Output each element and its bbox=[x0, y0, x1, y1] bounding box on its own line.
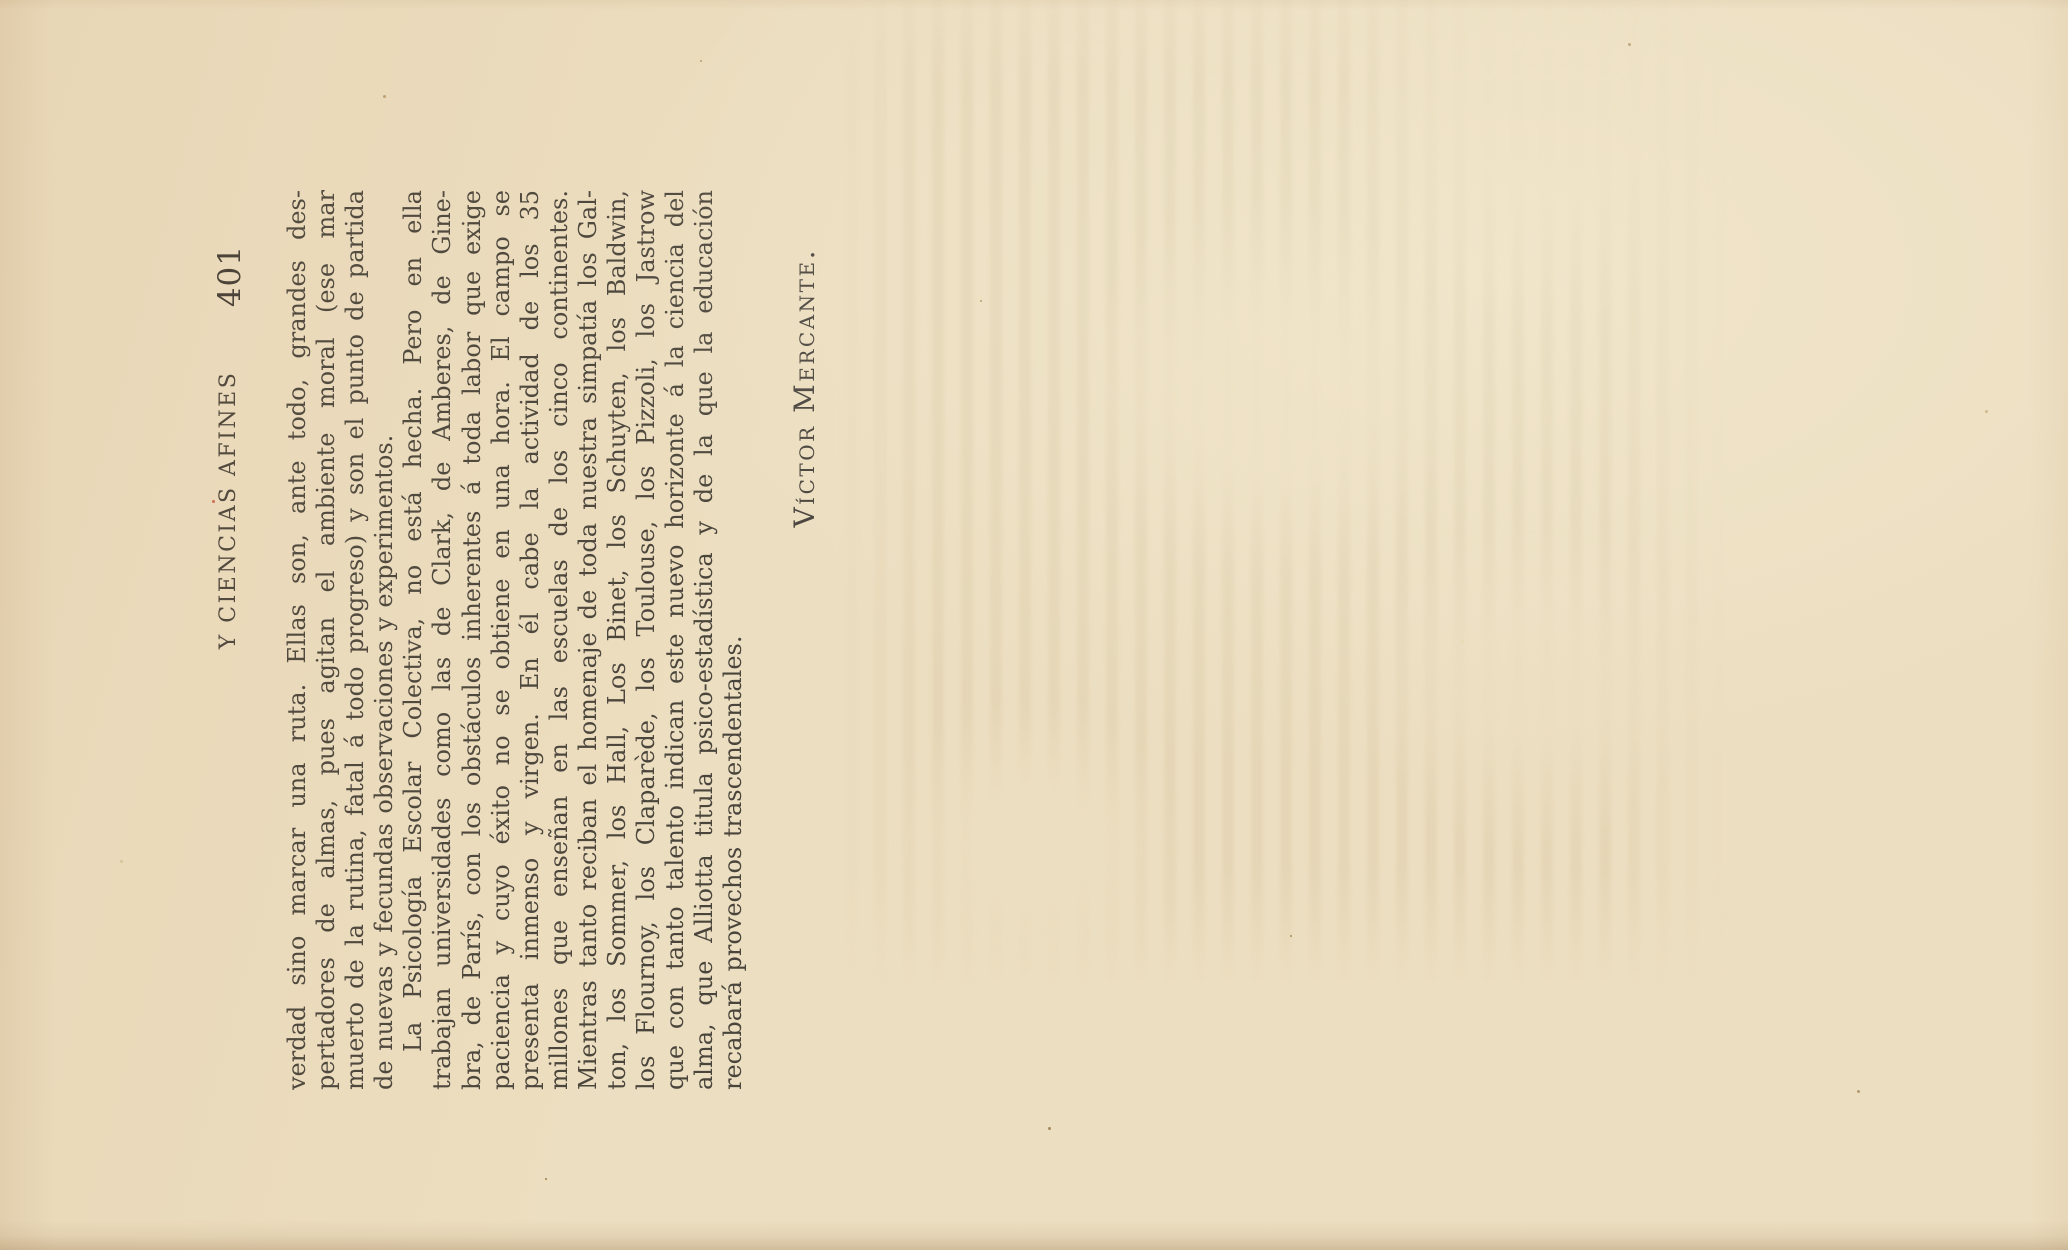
scanned-page: Y CIENCIAS AFINES 401 verdad sino marcar… bbox=[0, 0, 2068, 1250]
text-line: recabará provechos trascendentales. bbox=[719, 190, 748, 1090]
text-line: de nuevas y fecundas observaciones y exp… bbox=[370, 190, 399, 1090]
text-line: muerto de la rutina, fatal á todo progre… bbox=[341, 190, 370, 1090]
text-line: verdad sino marcar una ruta. Ellas son, … bbox=[283, 190, 312, 1090]
text-line: alma, que Alliotta titula psico-estadíst… bbox=[690, 190, 719, 1090]
signature: Víctor Mercante. bbox=[788, 190, 821, 1090]
text-line: pertadores de almas, pues agitan el ambi… bbox=[312, 190, 341, 1090]
text-line: paciencia y cuyo éxito no se obtiene en … bbox=[487, 190, 516, 1090]
text-line: ton, los Sommer, los Hall, Los Binet, lo… bbox=[603, 190, 632, 1090]
rotated-page: Y CIENCIAS AFINES 401 verdad sino marcar… bbox=[0, 0, 2068, 1250]
page-number: 401 bbox=[212, 245, 248, 307]
text-line: millones que enseñan en las escuelas de … bbox=[545, 190, 574, 1090]
text-line: trabajan universidades como las de Clark… bbox=[428, 190, 457, 1090]
running-title: Y CIENCIAS AFINES bbox=[216, 371, 241, 650]
text-line: Mientras tanto reciban el homenaje de to… bbox=[574, 190, 603, 1090]
text-line: los Flournoy, los Claparède, los Toulous… bbox=[632, 190, 661, 1090]
text-line: bra, de París, con los obstáculos inhere… bbox=[458, 190, 487, 1090]
type-area: Y CIENCIAS AFINES 401 verdad sino marcar… bbox=[0, 190, 2068, 1090]
text-line: La Psicología Escolar Colectiva, no está… bbox=[399, 190, 428, 1090]
body-text: verdad sino marcar una ruta. Ellas son, … bbox=[283, 190, 749, 1090]
page-header: Y CIENCIAS AFINES 401 bbox=[210, 190, 274, 1090]
text-line: presenta inmenso y virgen. En él cabe la… bbox=[516, 190, 545, 1090]
text-line: que con tanto talento indican este nuevo… bbox=[661, 190, 690, 1090]
ghost-bleed-through bbox=[845, 0, 1725, 985]
